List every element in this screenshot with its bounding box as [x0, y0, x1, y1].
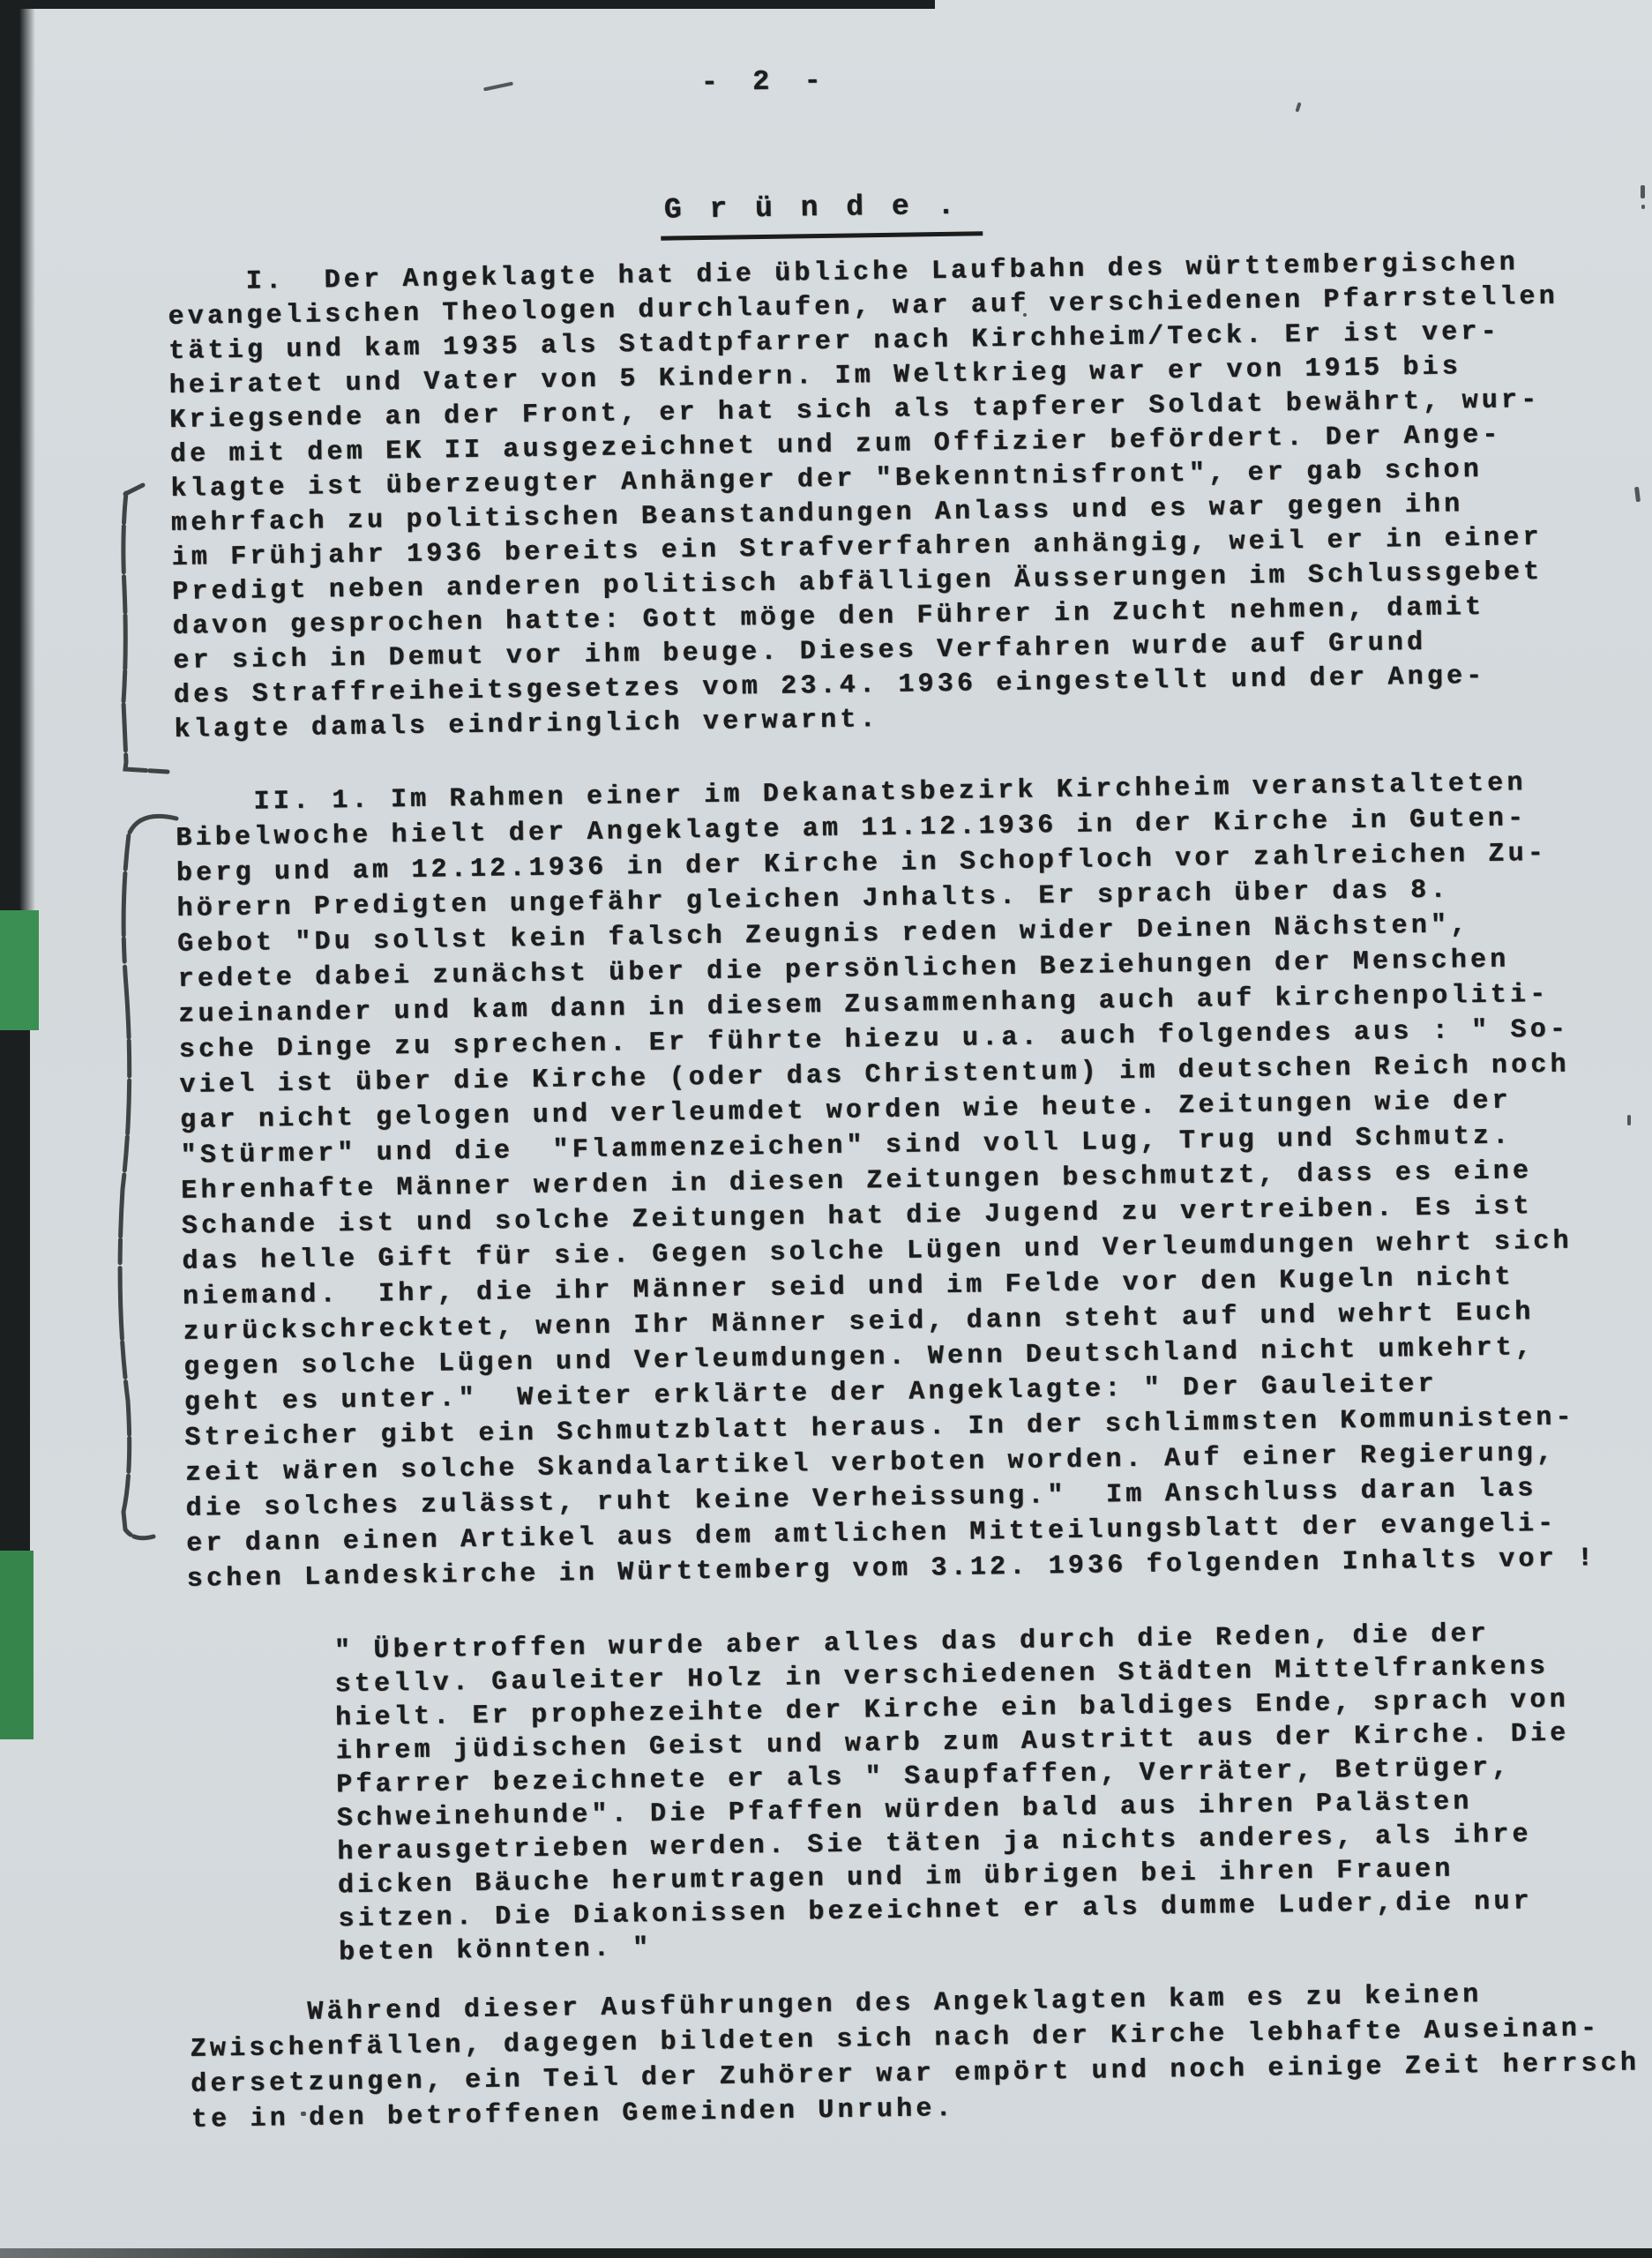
- paragraph-i: I. Der Angeklagte hat die übliche Laufba…: [168, 246, 1565, 748]
- quote-block: " Übertroffen wurde aber alles das durch…: [334, 1617, 1573, 1970]
- ink-speck: [1641, 205, 1645, 209]
- ink-speck: [1023, 313, 1027, 317]
- paragraph-ii: II. 1. Im Rahmen einer im Dekanatsbezirk…: [175, 765, 1596, 1597]
- ink-speck: [301, 2112, 306, 2116]
- typewritten-content: - 2 - G r ü n d e . I. Der Angeklagte ha…: [0, 0, 1652, 2258]
- ink-speck: [1641, 185, 1645, 198]
- ink-speck: [1627, 1115, 1631, 1125]
- page-number: - 2 -: [700, 64, 830, 99]
- closing-paragraph: Während dieser Ausführungen des Angeklag…: [190, 1975, 1641, 2137]
- section-heading: G r ü n d e .: [661, 189, 983, 240]
- document-page: - 2 - G r ü n d e . I. Der Angeklagte ha…: [0, 0, 1652, 2258]
